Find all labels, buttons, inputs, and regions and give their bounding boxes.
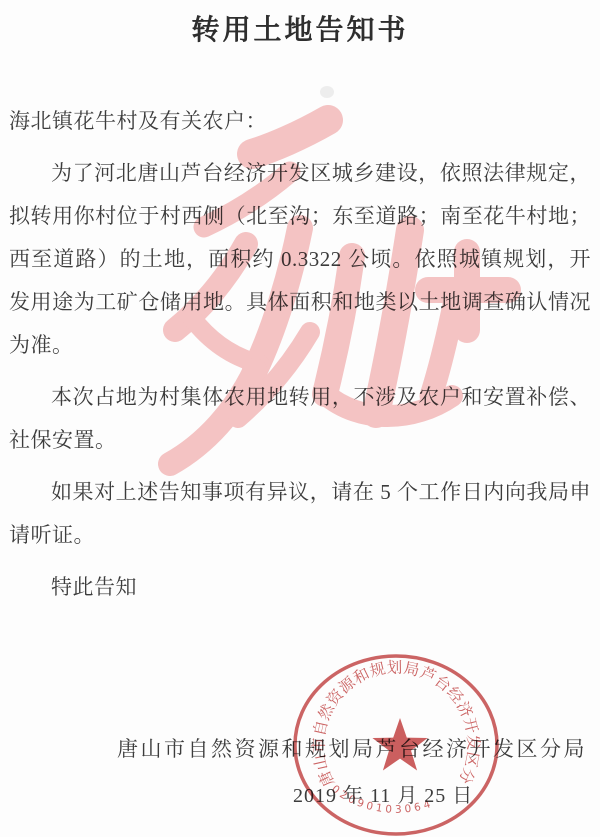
- issue-date: 2019 年 11 月 25 日: [293, 779, 473, 808]
- document-body: 海北镇花牛村及有关农户： 为了河北唐山芦台经济开发区城乡建设，依照法律规定，拟转…: [0, 48, 600, 609]
- paragraph-hearing-rights: 如果对上述告知事项有异议，请在 5 个工作日内向我局申请听证。: [9, 471, 591, 557]
- scanned-notice-document: 转用土地告知书 海北镇花牛村及有关农户： 为了河北唐山芦台经济开发区城乡建设，依…: [0, 0, 600, 837]
- salutation: 海北镇花牛村及有关农户：: [9, 100, 591, 143]
- document-title: 转用土地告知书: [0, 0, 600, 48]
- closing-phrase: 特此告知: [9, 566, 591, 609]
- paragraph-collective-land: 本次占地为村集体农用地转用，不涉及农户和安置补偿、社保安置。: [9, 376, 591, 462]
- paragraph-land-conversion: 为了河北唐山芦台经济开发区城乡建设，依照法律规定，拟转用你村位于村西侧（北至沟；…: [9, 152, 591, 367]
- issuer-signature: 唐山市自然资源和规划局芦台经济开发区分局: [117, 733, 587, 763]
